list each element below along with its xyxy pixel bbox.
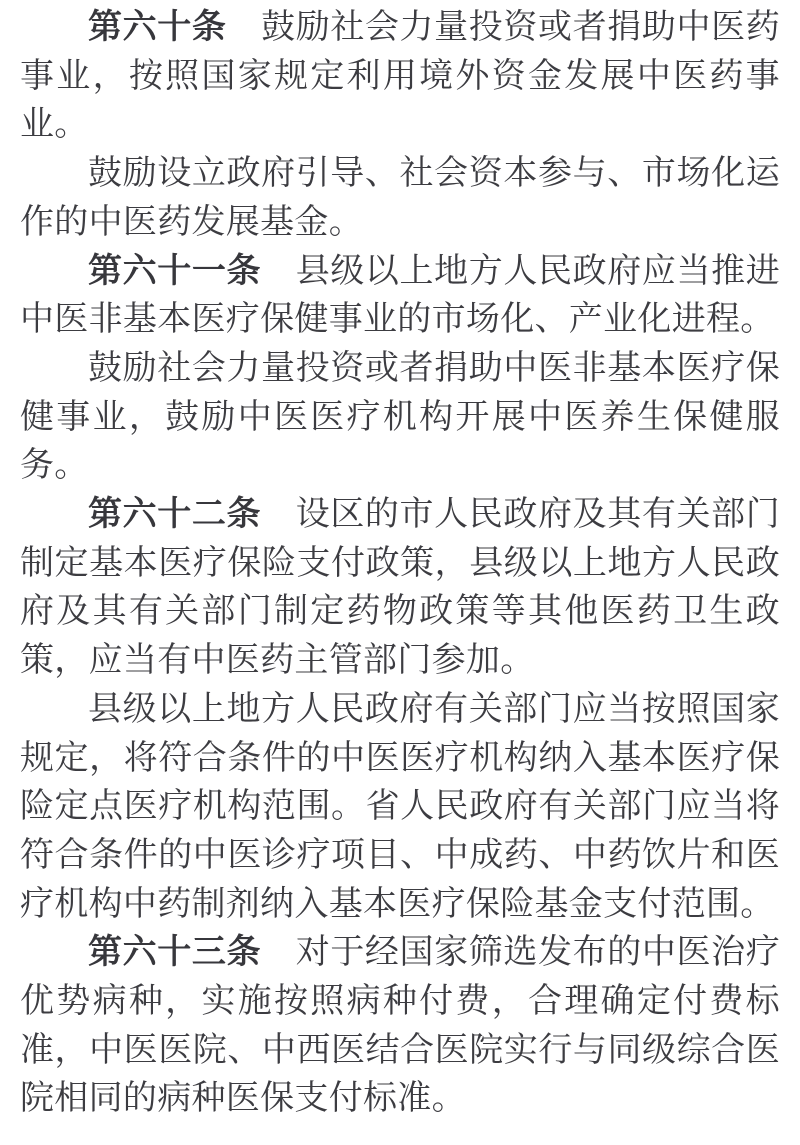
article-60-paragraph-1: 第六十条 鼓励社会力量投资或者捐助中医药事业，按照国家规定利用境外资金发展中医药… [20, 3, 780, 149]
article-61-number: 第六十一条 [88, 252, 296, 290]
article-61-paragraph-2: 鼓励社会力量投资或者捐助中医非基本医疗保健事业，鼓励中医医疗机构开展中医养生保健… [20, 344, 780, 490]
article-60-paragraph-2: 鼓励设立政府引导、社会资本参与、市场化运作的中医药发展基金。 [20, 149, 780, 246]
article-60-paragraph-2-text: 鼓励设立政府引导、社会资本参与、市场化运作的中医药发展基金。 [20, 154, 780, 241]
article-62-paragraph-2-text: 县级以上地方人民政府有关部门应当按照国家规定，将符合条件的中医医疗机构纳入基本医… [20, 690, 780, 923]
article-62-paragraph-2: 县级以上地方人民政府有关部门应当按照国家规定，将符合条件的中医医疗机构纳入基本医… [20, 685, 780, 929]
article-63-paragraph-1: 第六十三条 对于经国家筛选发布的中医治疗优势病种，实施按照病种付费，合理确定付费… [20, 928, 780, 1123]
article-60-number: 第六十条 [88, 8, 261, 46]
article-62-paragraph-1: 第六十二条 设区的市人民政府及其有关部门制定基本医疗保险支付政策，县级以上地方人… [20, 490, 780, 685]
article-62-number: 第六十二条 [88, 495, 296, 533]
article-61-paragraph-2-text: 鼓励社会力量投资或者捐助中医非基本医疗保健事业，鼓励中医医疗机构开展中医养生保健… [20, 349, 780, 484]
article-63-number: 第六十三条 [88, 933, 296, 971]
article-61-paragraph-1: 第六十一条 县级以上地方人民政府应当推进中医非基本医疗保健事业的市场化、产业化进… [20, 247, 780, 344]
document-page: 第六十条 鼓励社会力量投资或者捐助中医药事业，按照国家规定利用境外资金发展中医药… [0, 0, 800, 1145]
